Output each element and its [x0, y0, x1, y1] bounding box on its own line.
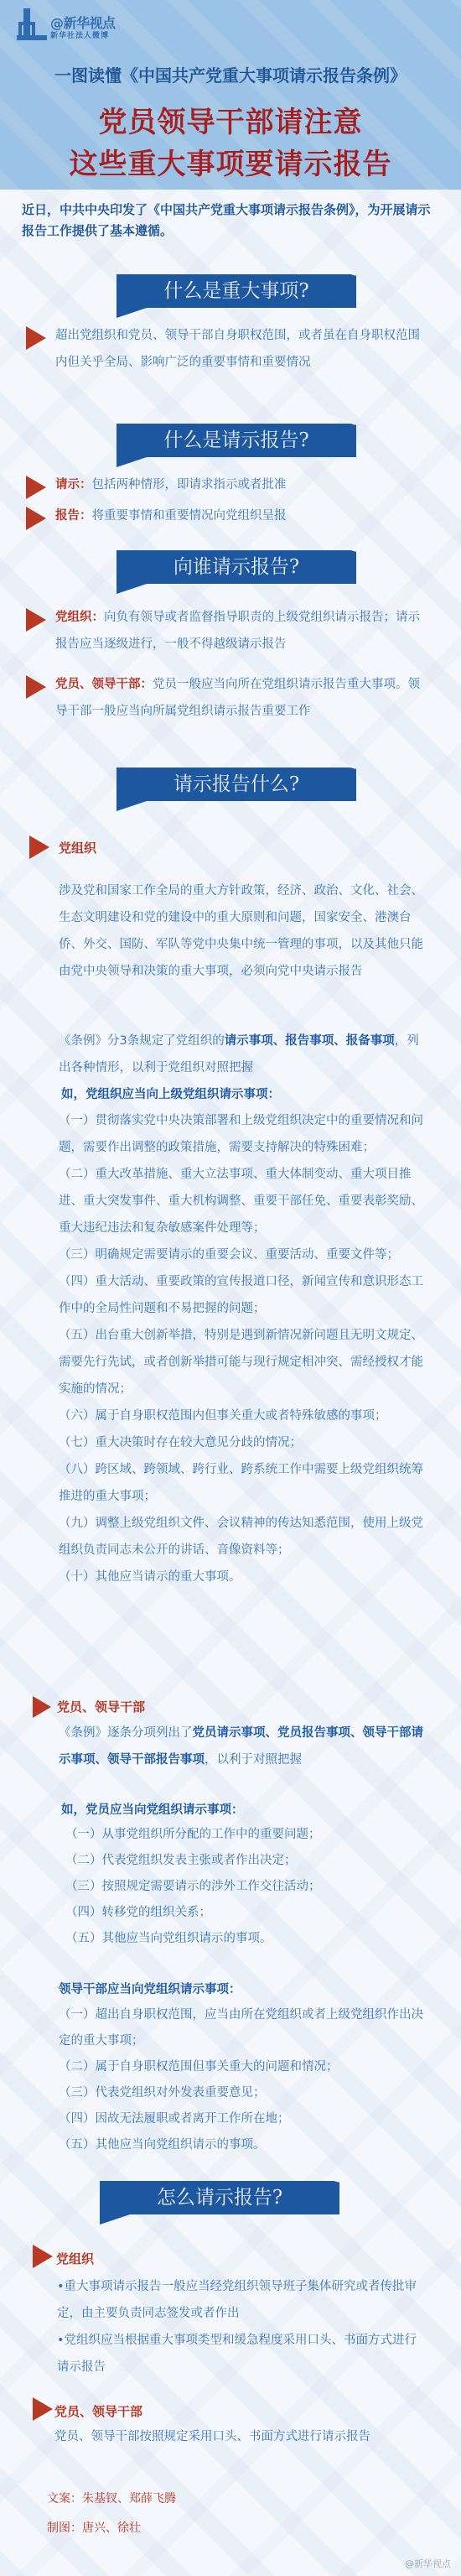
- leader-request-heading: 领导干部应当向党组织请示事项：: [59, 1976, 427, 2003]
- party-org-text: 向负有领导或者监督指导职责的上级党组织请示报告；请示报告应当逐级进行，一般不得越…: [55, 611, 420, 651]
- arrow-bullet-icon: [26, 675, 46, 699]
- how-point: •重大事项请示报告一般应当经党组织领导班子集体研究或者传批审定，由主要负责同志签…: [57, 2273, 426, 2327]
- section-banner-to-whom: 向谁请示报告?: [117, 550, 356, 584]
- section-banner-how-to-report: 怎么请示报告?: [100, 2181, 339, 2214]
- example-item: （五）出台重大创新举措，特别是遇到新情况新问题且无明文规定、需要先行先试，或者创…: [59, 1322, 427, 1402]
- headline-line-1: 党员领导干部请注意: [0, 99, 461, 140]
- member-item: （四）转移党的组织关系；: [65, 1900, 434, 1926]
- example-item: （八）跨区域、跨领域、跨行业、跨系统工作中需要上级党组织统筹推进的重大事项；: [59, 1456, 427, 1510]
- request-label: 请示：: [55, 478, 92, 492]
- report-label: 报告：: [55, 509, 92, 523]
- arrow-bullet-icon: [33, 1696, 51, 1718]
- party-org-example-heading: 如，党组织应当向上级党组织请示事项：: [61, 1081, 430, 1108]
- header: @新华视点 新华社法人微博 一图读懂《中国共产党重大事项请示报告条例》 党员领导…: [0, 0, 461, 190]
- member-request-list: （一）从事党组织所分配的工作中的重要问题； （二）代表党组织发表主张或者作出决定…: [65, 1822, 434, 1952]
- intro-text: 近日，中共中央印发了《中国共产党重大事项请示报告条例》，为开展请示报告工作提供了…: [22, 200, 441, 242]
- example-item: （三）明确规定需要请示的重要会议、重要活动、重要文件等；: [59, 1241, 427, 1268]
- example-item: （七）重大决策时存在较大意见分歧的情况；: [59, 1429, 427, 1456]
- leader-item: （一）超出自身职权范围，应当由所在党组织或者上级党组织作出决定的重大事项；: [59, 2002, 427, 2054]
- major-matter-definition: 超出党组织和党员、领导干部自身职权范围，或者虽在自身职权范围内但关乎全局、影响广…: [55, 322, 424, 376]
- members-heading: 党员、领导干部: [57, 1698, 145, 1715]
- leader-item: （三）代表党组织对外发表重要意见；: [59, 2080, 427, 2106]
- example-item: （四）重大活动、重要政策的宣传报道口径，新闻宣传和意识形态工作中的全局性问题和不…: [59, 1268, 427, 1322]
- member-item: （三）按照规定需要请示的涉外工作交往活动；: [65, 1874, 434, 1900]
- xinhua-logo: @新华视点 新华社法人微博: [17, 8, 116, 40]
- leader-request-list: （一）超出自身职权范围，应当由所在党组织或者上级党组织作出决定的重大事项； （二…: [59, 2002, 427, 2158]
- party-org-rule: 《条例》分3条规定了党组织的请示事项、报告事项、报备事项，列出各种情形，以利于党…: [59, 1028, 427, 1081]
- member-item: （五）其他应当向党组织请示的事项。: [65, 1926, 434, 1952]
- to-whom-members: 党员、领导干部：党员一般应当向所在党组织请示报告重大事项。领导干部一般应当向所属…: [55, 671, 424, 725]
- report-text: 将重要事情和重要情况向党组织呈报: [92, 509, 287, 523]
- arrow-bullet-icon: [26, 608, 46, 632]
- how-party-org-points: •重大事项请示报告一般应当经党组织领导班子集体研究或者传批审定，由主要负责同志签…: [57, 2273, 426, 2381]
- party-org-scope: 涉及党和国家工作全局的重大方针政策，经济、政治、文化、社会、生态文明建设和党的建…: [59, 877, 427, 985]
- section-banner-what-request: 什么是请示报告?: [117, 424, 356, 457]
- infographic-page: @新华视点 新华社法人微博 一图读懂《中国共产党重大事项请示报告条例》 党员领导…: [0, 0, 461, 2576]
- request-definition: 请示：包括两种情形，即请求指示或者批准: [55, 471, 441, 498]
- how-members-heading: 党员、领导干部: [54, 2402, 142, 2420]
- party-org-label: 党组织：: [55, 611, 104, 624]
- section-banner-what-major: 什么是重大事项?: [117, 274, 356, 308]
- member-request-heading: 如，党员应当向党组织请示事项：: [61, 1797, 430, 1824]
- arrow-bullet-icon: [26, 476, 46, 499]
- arrow-bullet-icon: [33, 2245, 53, 2268]
- party-org-example-list: （一）贯彻落实党中央决策部署和上级党组织决定中的重要情况和问题，需要作出调整的政…: [59, 1107, 427, 1590]
- credit-design: 制图：唐兴、徐壮: [47, 2519, 141, 2536]
- tower-icon: [17, 8, 47, 40]
- weibo-watermark: @新华视点: [405, 2557, 451, 2570]
- how-party-org-heading: 党组织: [56, 2250, 94, 2267]
- to-whom-party-org: 党组织：向负有领导或者监督指导职责的上级党组织请示报告；请示报告应当逐级进行，一…: [55, 604, 424, 658]
- headline-line-2: 这些重大事项要请示报告: [0, 141, 461, 182]
- logo-main-text: @新华视点: [50, 17, 116, 30]
- leader-item: （二）属于自身职权范围但事关重大的问题和情况；: [59, 2054, 427, 2080]
- member-item: （一）从事党组织所分配的工作中的重要问题；: [65, 1822, 434, 1848]
- example-item: （十）其他应当请示的重大事项。: [59, 1564, 427, 1590]
- example-item: （二）重大改革措施、重大立法事项、重大体制变动、重大项目推进、重大突发事件、重大…: [59, 1161, 427, 1241]
- arrow-bullet-icon: [29, 835, 49, 859]
- how-members-text: 党员、领导干部按照规定采用口头、书面方式进行请示报告: [54, 2423, 448, 2450]
- arrow-bullet-icon: [26, 507, 46, 530]
- leader-item: （四）因故无法履职或者离开工作所在地；: [59, 2106, 427, 2132]
- report-definition: 报告：将重要事情和重要情况向党组织呈报: [55, 502, 441, 529]
- example-item: （一）贯彻落实党中央决策部署和上级党组织决定中的重要情况和问题，需要作出调整的政…: [59, 1107, 427, 1161]
- request-text: 包括两种情形，即请求指示或者批准: [92, 478, 287, 492]
- party-org-rule-bold: 请示事项、报告事项、报备事项: [225, 1034, 395, 1048]
- example-item: （九）调整上级党组织文件、会议精神的传达知悉范围，使用上级党组织负责同志未公开的…: [59, 1510, 427, 1564]
- section-banner-what-to-report: 请示报告什么?: [117, 768, 356, 801]
- party-org-heading: 党组织: [59, 839, 96, 856]
- member-item: （二）代表党组织发表主张或者作出决定；: [65, 1848, 434, 1874]
- how-point: •党组织应当根据重大事项类型和缓急程度采用口头、书面方式进行请示报告: [57, 2327, 426, 2381]
- members-label: 党员、领导干部：: [55, 678, 153, 691]
- members-rule: 《条例》逐条分项列出了党员请示事项、党员报告事项、领导干部请示事项、领导干部报告…: [59, 1720, 427, 1773]
- arrow-bullet-icon: [33, 2397, 53, 2421]
- leader-item: （五）其他应当向党组织请示的事项。: [59, 2132, 427, 2158]
- subtitle: 一图读懂《中国共产党重大事项请示报告条例》: [0, 62, 461, 86]
- credit-copy: 文案：朱基钗、郑薛飞腾: [47, 2490, 176, 2506]
- arrow-bullet-icon: [26, 326, 46, 350]
- logo-sub-text: 新华社法人微博: [50, 33, 116, 40]
- example-item: （六）属于自身职权范围内但事关重大或者特殊敏感的事项；: [59, 1402, 427, 1429]
